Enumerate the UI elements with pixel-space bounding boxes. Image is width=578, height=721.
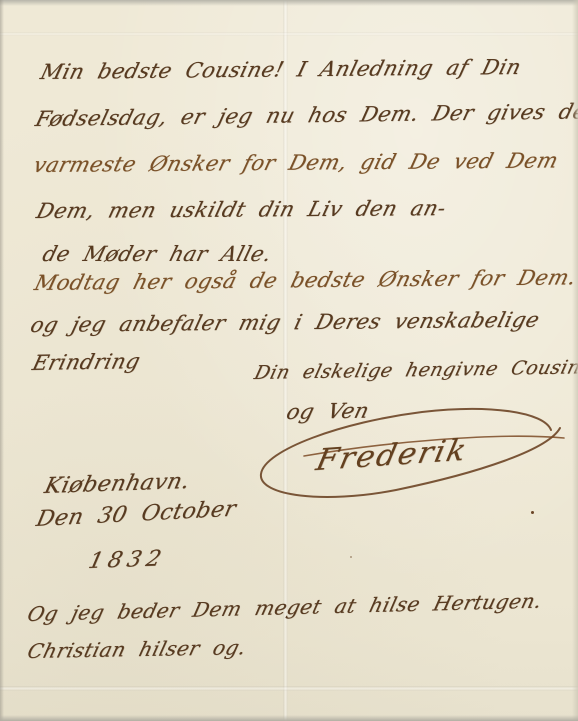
scan-edge-top <box>0 0 578 6</box>
scan-edge-left <box>0 0 4 721</box>
top-fold-crease <box>0 32 578 36</box>
year-line: 1832 <box>86 546 168 574</box>
body-line-8: Erindring <box>30 349 143 375</box>
closing-line-1: Din elskelige hengivne Cousin <box>252 356 578 384</box>
ink-speck <box>531 511 534 514</box>
body-line-4: Dem, men uskildt din Liv den an- <box>34 196 449 223</box>
body-line-3: varmeste Ønsker for Dem, gid De ved Dem <box>31 148 561 177</box>
body-line-2: Fødselsdag, er jeg nu hos Dem. Der gives… <box>33 99 578 131</box>
body-line-5: de Møder har Alle. <box>40 242 274 266</box>
place-line: Kiøbenhavn. <box>42 469 192 499</box>
body-line-6: Modtag her også de bedste Ønsker for Dem… <box>32 265 578 295</box>
body-line-7: og jeg anbefaler mig i Deres venskabelig… <box>28 308 542 337</box>
bottom-fold-crease <box>0 686 578 691</box>
salutation-and-line-1: Min bedste Cousine! I Anledning af Din <box>38 55 524 84</box>
scan-edge-right <box>572 0 578 721</box>
postscript-line-2: Christian hilser og. <box>25 635 249 663</box>
scan-edge-bottom <box>0 715 578 721</box>
date-line: Den 30 October <box>34 497 238 532</box>
scanned-letter-page: Min bedste Cousine! I Anledning af Din F… <box>0 0 578 721</box>
ink-speck <box>350 556 352 558</box>
